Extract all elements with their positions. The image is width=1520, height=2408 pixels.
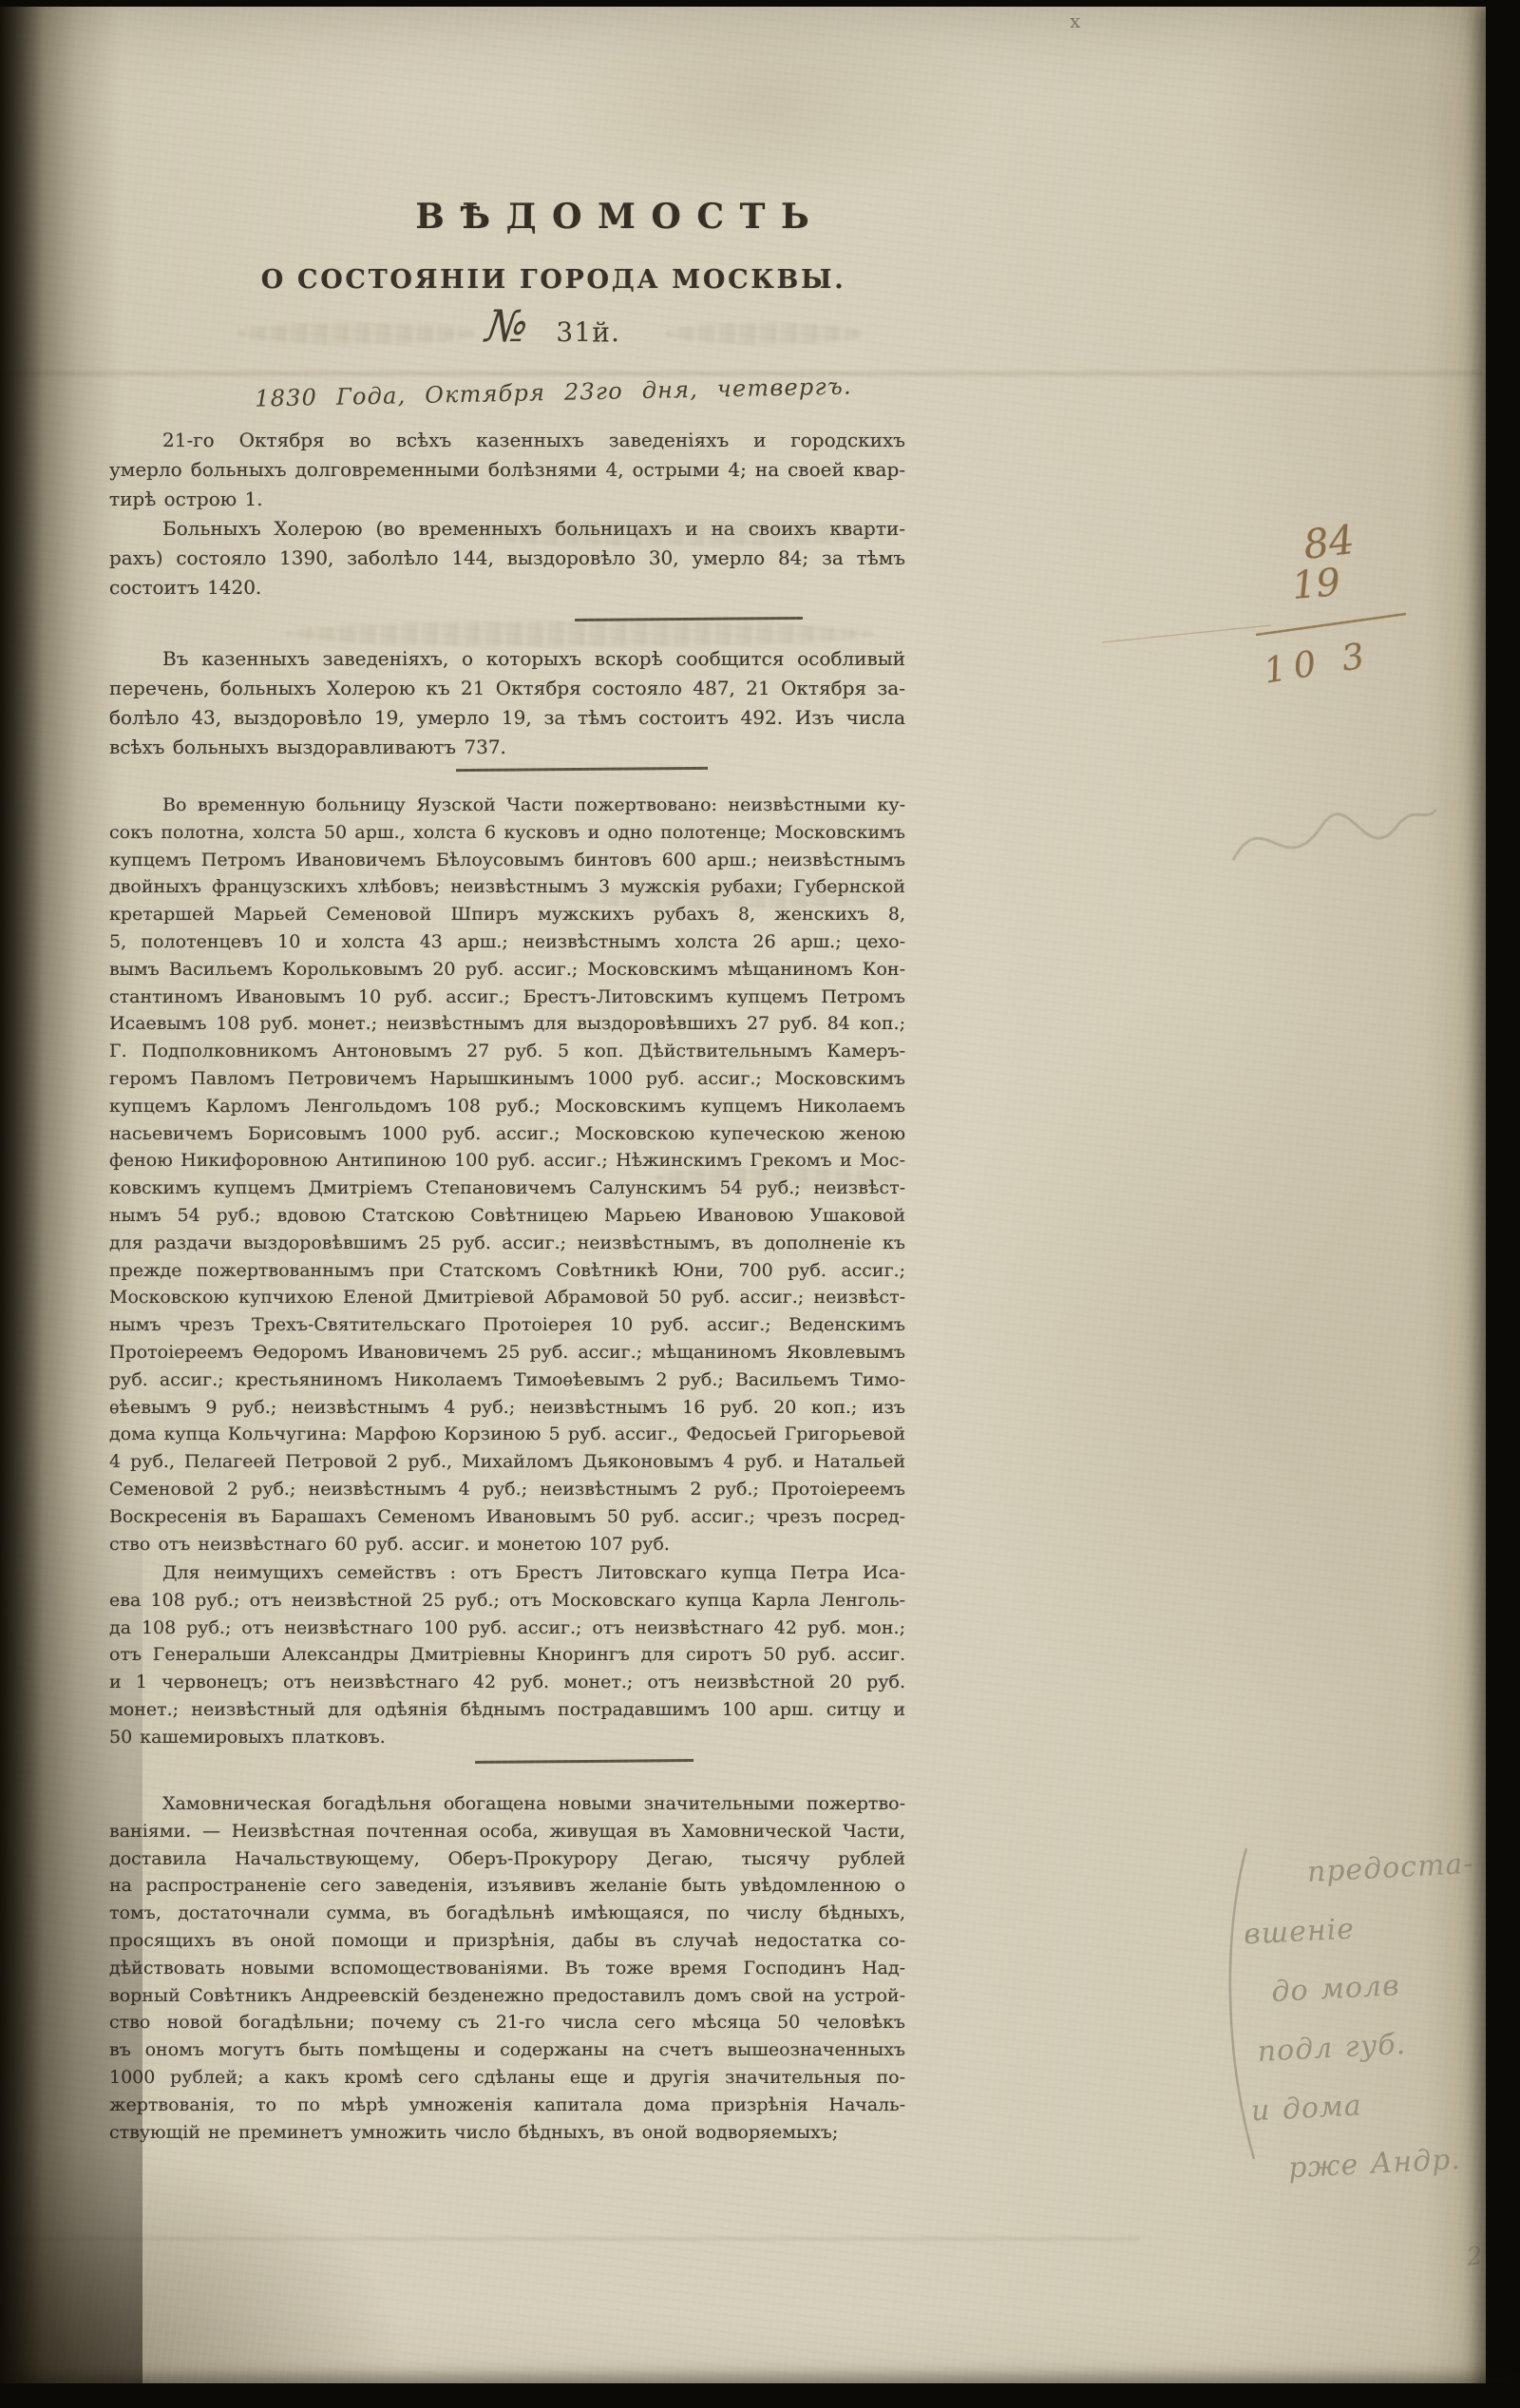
margin-cross-mark: х xyxy=(1070,10,1080,32)
text-line: сокъ полотна, холста 50 арш., холста 6 к… xyxy=(109,819,905,847)
scan-frame-bottom xyxy=(0,2383,1520,2408)
ink-scratch-line xyxy=(1102,625,1271,642)
text-line: на распространеніе сего заведенія, изъяв… xyxy=(109,1872,905,1900)
text-line: ворный Совѣтникъ Андреевскій безденежно … xyxy=(109,1982,905,2010)
text-line: рахъ) состояло 1390, заболѣло 144, выздо… xyxy=(109,544,905,573)
text-line: ѳѣевымъ 9 руб.; неизвѣстнымъ 4 руб.; неи… xyxy=(109,1394,905,1422)
text-line: ваніями. — Неизвѣстная почтенная особа, … xyxy=(109,1818,905,1845)
text-line: томъ, достаточнали сумма, въ богадѣльнѣ … xyxy=(109,1900,905,1927)
text-line: да 108 руб.; отъ неизвѣстнаго 100 руб. а… xyxy=(109,1615,905,1642)
text-line: перечень, больныхъ Холерою къ 21 Октября… xyxy=(109,674,905,703)
text-line: 50 кашемировыхъ платковъ. xyxy=(109,1724,905,1751)
margin-ink-number-result: 10 3 xyxy=(1261,634,1375,691)
text-line: 1000 рублей; а какъ кромѣ сего сдѣланы е… xyxy=(109,2064,905,2092)
text-line: нымъ 54 руб.; вдовою Статскою Совѣтницею… xyxy=(109,1202,905,1230)
text-line: 5, полотенцевъ 10 и холста 43 арш.; неиз… xyxy=(109,928,905,956)
text-line: для раздачи выздоровѣвшимъ 25 руб. ассиг… xyxy=(109,1230,905,1257)
text-line: стантиномъ Ивановымъ 10 руб. ассиг.; Бре… xyxy=(109,984,905,1011)
text-line: Г. Подполковникомъ Антоновымъ 27 руб. 5 … xyxy=(109,1038,905,1065)
document-page: ВѢДОМОСТЬ О СОСТОЯНІИ ГОРОДА МОСКВЫ. №31… xyxy=(0,0,1520,2408)
text-line: въ ономъ могутъ быть помѣщены и содержан… xyxy=(109,2036,905,2064)
text-line: умерло больныхъ долговременными болѣзням… xyxy=(109,455,905,485)
text-line: Исаевымъ 108 руб. монет.; неизвѣстнымъ д… xyxy=(109,1010,905,1038)
text-line: тирѣ острою 1. xyxy=(109,485,905,514)
text-line: Воскресенія въ Барашахъ Семеномъ Ивановы… xyxy=(109,1503,905,1531)
text-line: двойныхъ французскихъ хлѣбовъ; неизвѣстн… xyxy=(109,873,905,901)
scan-frame-top xyxy=(0,0,1520,7)
text-line: Хамовническая богадѣльня обогащена новым… xyxy=(109,1790,905,1818)
text-line: монет.; неизвѣстный для одѣянія бѣднымъ … xyxy=(109,1696,905,1724)
text-line: отъ Генеральши Александры Дмитріевны Кно… xyxy=(109,1641,905,1669)
text-line: ева 108 руб.; отъ неизвѣстной 25 руб.; о… xyxy=(109,1587,905,1615)
text-line: Во временную больницу Яузской Части поже… xyxy=(109,792,905,819)
text-line: кретаршей Марьей Семеновой Шпиръ мужских… xyxy=(109,901,905,928)
pencil-scribble xyxy=(1233,810,1436,860)
margin-pencil-note: предоста-вшеніедо молвподл губ.и домарже… xyxy=(1231,1832,1520,2200)
text-line: 4 руб., Пелагеей Петровой 2 руб., Михайл… xyxy=(109,1448,905,1476)
paragraph-donations-hospital: Во временную больницу Яузской Части поже… xyxy=(109,792,905,1558)
text-line: руб. ассиг.; крестьяниномъ Николаемъ Тим… xyxy=(109,1366,905,1394)
text-line: прежде пожертвованнымъ при Статскомъ Сов… xyxy=(109,1257,905,1285)
text-line: насьевичемъ Борисовымъ 1000 руб. ассиг.;… xyxy=(109,1120,905,1148)
text-line: жертвованія, то по мѣрѣ умноженія капита… xyxy=(109,2092,905,2119)
text-line: Семеновой 2 руб.; неизвѣстнымъ 4 руб.; н… xyxy=(109,1476,905,1503)
paragraph-deaths-summary: 21-го Октября во всѣхъ казенныхъ заведен… xyxy=(109,426,905,514)
paragraph-khamovniki-almshouse: Хамовническая богадѣльня обогащена новым… xyxy=(109,1790,905,2146)
text-line: Для неимущихъ семействъ : отъ Брестъ Лит… xyxy=(109,1559,905,1587)
text-line: ствующій не преминетъ умножить число бѣд… xyxy=(109,2119,905,2147)
text-line: Больныхъ Холерою (во временныхъ больница… xyxy=(109,514,905,544)
text-line: ковскимъ купцемъ Дмитріемъ Степановичемъ… xyxy=(109,1175,905,1202)
scanned-document: ВѢДОМОСТЬ О СОСТОЯНІИ ГОРОДА МОСКВЫ. №31… xyxy=(0,0,1520,2408)
spine-handwriting-fragments xyxy=(26,285,32,608)
margin-pencil-tail-mark: 2 xyxy=(1465,2242,1484,2272)
text-line: просящихъ въ оной помощи и призрѣнія, да… xyxy=(109,1927,905,1955)
paragraph-cholera-state: Въ казенныхъ заведеніяхъ, о которыхъ вск… xyxy=(109,644,905,762)
text-line: ство новой богадѣльни; почему съ 21-го ч… xyxy=(109,2009,905,2036)
ink-sum-line xyxy=(1256,614,1406,635)
margin-ink-number-19: 19 xyxy=(1290,561,1342,608)
text-line: доставила Начальствующему, Оберъ-Прокуро… xyxy=(109,1845,905,1873)
text-line: Въ казенныхъ заведеніяхъ, о которыхъ вск… xyxy=(109,644,905,674)
text-line: Московскою купчихою Еленой Дмитріевой Аб… xyxy=(109,1284,905,1311)
text-line: состоитъ 1420. xyxy=(109,573,905,602)
scan-frame-right xyxy=(1486,0,1520,2408)
text-line: дома купца Кольчугина: Марфою Корзиною 5… xyxy=(109,1421,905,1448)
text-line: и 1 червонецъ; отъ неизвѣстнаго 42 руб. … xyxy=(109,1669,905,1696)
text-line: купцемъ Карломъ Ленгольдомъ 108 руб.; Мо… xyxy=(109,1093,905,1120)
text-line: купцемъ Петромъ Ивановичемъ Бѣлоусовымъ … xyxy=(109,847,905,874)
text-line: болѣло 43, выздоровѣло 19, умерло 19, за… xyxy=(109,703,905,733)
paragraph-cholera-city: Больныхъ Холерою (во временныхъ больница… xyxy=(109,514,905,602)
text-line: феною Никифоровною Антипиною 100 руб. ас… xyxy=(109,1147,905,1175)
paragraph-donations-families: Для неимущихъ семействъ : отъ Брестъ Лит… xyxy=(109,1559,905,1751)
text-column: 21-го Октября во всѣхъ казенныхъ заведен… xyxy=(109,0,905,2408)
text-line: ство отъ неизвѣстнаго 60 руб. ассиг. и м… xyxy=(109,1531,905,1558)
text-line: дѣйствовать новыми вспомоществованіями. … xyxy=(109,1955,905,1982)
text-line: 21-го Октября во всѣхъ казенныхъ заведен… xyxy=(109,426,905,455)
text-line: нымъ чрезъ Трехъ-Святительскаго Протоіер… xyxy=(109,1311,905,1339)
text-line: геромъ Павломъ Петровичемъ Нарышкинымъ 1… xyxy=(109,1065,905,1093)
text-line: вымъ Васильемъ Корольковымъ 20 руб. асси… xyxy=(109,956,905,984)
text-line: всѣхъ больныхъ выздоравливаютъ 737. xyxy=(109,733,905,762)
text-line: Протоіереемъ Ѳедоромъ Ивановичемъ 25 руб… xyxy=(109,1339,905,1366)
